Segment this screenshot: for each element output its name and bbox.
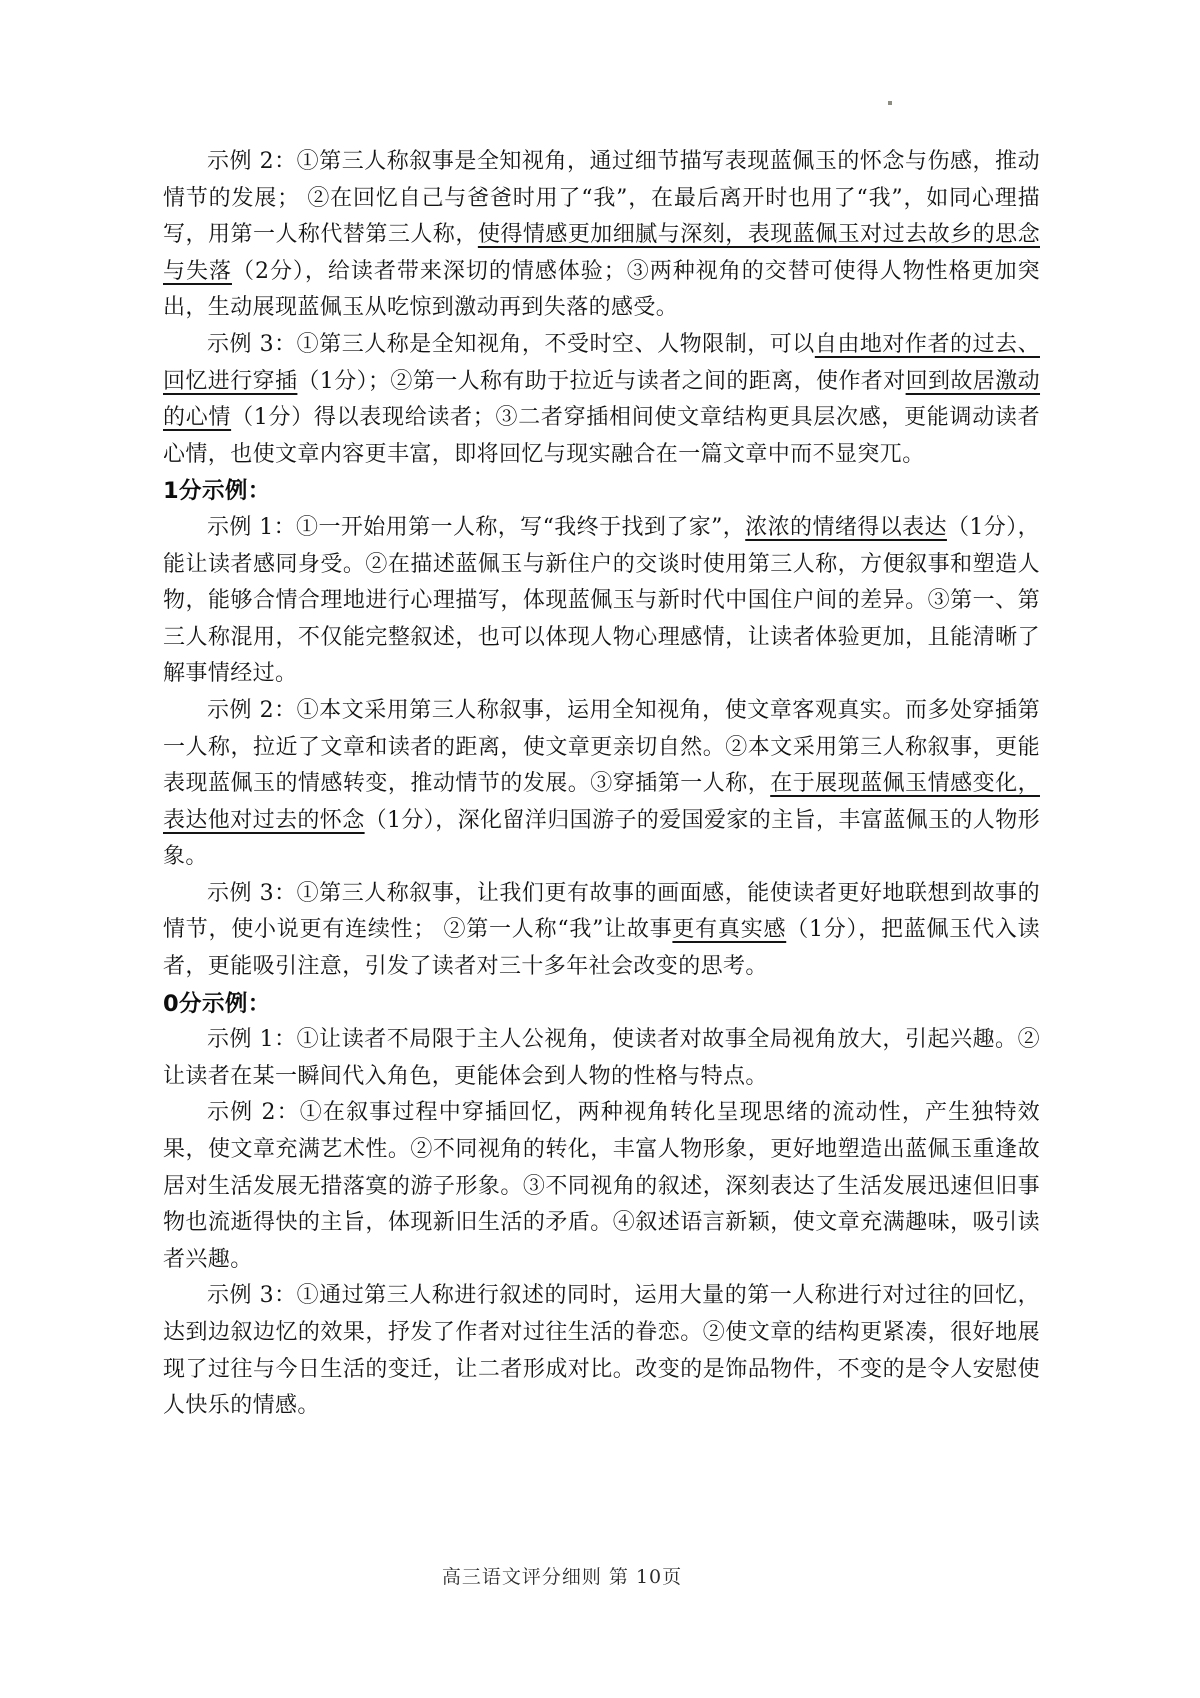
section-heading-1-point: 1分示例： (163, 473, 1040, 510)
scan-speck (888, 101, 892, 105)
text-run: 示例 3：①通过第三人称进行叙述的同时，运用大量的第一人称进行对过往的回忆，达到… (163, 1283, 1040, 1418)
text-run: 示例 3：①第三人称是全知视角，不受时空、人物限制，可以 (207, 332, 815, 357)
section-heading-0-point: 0分示例： (163, 986, 1040, 1023)
text-run: （2分），给读者带来深切的情感体验；③两种视角的交替可使得人物性格更加突出，生动… (163, 259, 1040, 321)
document-body: 示例 2：①第三人称叙事是全知视角，通过细节描写表现蓝佩玉的怀念与伤感，推动情节… (163, 144, 1040, 1425)
paragraph-1pt-example-1: 示例 1：①一开始用第一人称，写“我终于找到了家”，浓浓的情绪得以表达（1分），… (163, 510, 1040, 693)
paragraph-0pt-example-2: 示例 2：①在叙事过程中穿插回忆，两种视角转化呈现思绪的流动性，产生独特效果，使… (163, 1095, 1040, 1278)
document-page: 示例 2：①第三人称叙事是全知视角，通过细节描写表现蓝佩玉的怀念与伤感，推动情节… (0, 0, 1200, 1698)
text-run: 示例 1：①一开始用第一人称，写“我终于找到了家”， (207, 515, 745, 540)
paragraph-0pt-example-3: 示例 3：①通过第三人称进行叙述的同时，运用大量的第一人称进行对过往的回忆，达到… (163, 1278, 1040, 1424)
paragraph-2pt-example-3: 示例 3：①第三人称是全知视角，不受时空、人物限制，可以自由地对作者的过去、回忆… (163, 327, 1040, 473)
paragraph-1pt-example-2: 示例 2：①本文采用第三人称叙事，运用全知视角，使文章客观真实。而多处穿插第一人… (163, 693, 1040, 876)
text-run: （1分）得以表现给读者；③二者穿插相间使文章结构更具层次感，更能调动读者心情，也… (163, 405, 1040, 467)
page-footer: 高三语文评分细则 第 10页 (0, 1562, 1124, 1589)
paragraph-1pt-example-3: 示例 3：①第三人称叙事，让我们更有故事的画面感，能使读者更好地联想到故事的情节… (163, 876, 1040, 986)
underlined-text-run: 更有真实感 (672, 917, 786, 942)
underlined-text-run: 浓浓的情绪得以表达 (745, 515, 947, 540)
text-run: 示例 2：①在叙事过程中穿插回忆，两种视角转化呈现思绪的流动性，产生独特效果，使… (163, 1100, 1040, 1271)
text-run: （1分）；②第一人称有助于拉近与读者之间的距离，使作者对 (297, 369, 905, 394)
paragraph-2pt-example-2: 示例 2：①第三人称叙事是全知视角，通过细节描写表现蓝佩玉的怀念与伤感，推动情节… (163, 144, 1040, 327)
text-run: （1分），能让读者感同身受。②在描述蓝佩玉与新住户的交谈时使用第三人称，方便叙事… (163, 515, 1040, 686)
text-run: 示例 1：①让读者不局限于主人公视角，使读者对故事全局视角放大，引起兴趣。②让读… (163, 1027, 1040, 1089)
paragraph-0pt-example-1: 示例 1：①让读者不局限于主人公视角，使读者对故事全局视角放大，引起兴趣。②让读… (163, 1022, 1040, 1095)
